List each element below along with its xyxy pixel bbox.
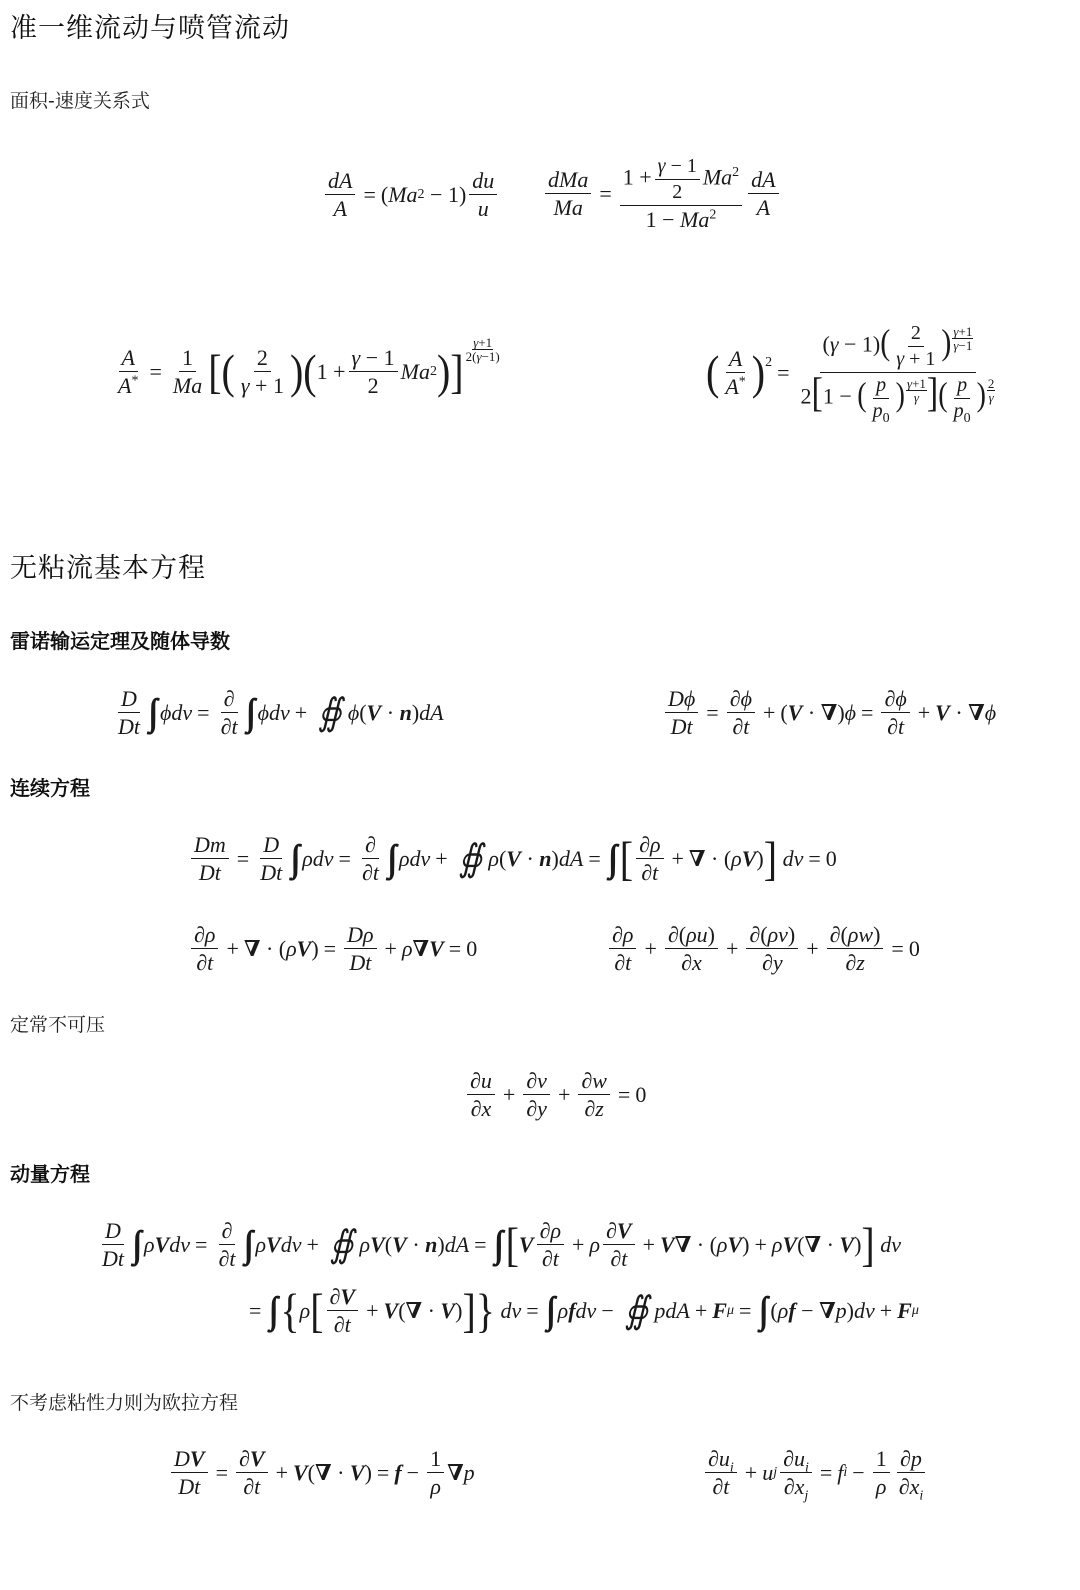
- equation-continuity-cartesian: ∂ρ∂t+ ∂(ρu)∂x+ ∂(ρv)∂y+ ∂(ρw)∂z=0: [606, 922, 920, 976]
- equation-momentum-line1: DDt ∫∫∫ρVdv= ∂∂t ∫∫∫ρVdv+ ∯ρV(V · n)dA= …: [96, 1218, 901, 1272]
- equation-area-ratio-pressure: (AA*)2 = (γ − 1)(2γ + 1)γ+1γ−1 2[1 − (pp…: [706, 322, 1001, 423]
- equation-material-derivative: DϕDt= ∂ϕ∂t+(V · ∇)ϕ= ∂ϕ∂t+V · ∇ϕ: [662, 686, 996, 740]
- subtitle-area-velocity: 面积-速度关系式: [10, 86, 150, 113]
- equation-momentum-line2: = ∫∫∫{ρ[ ∂V∂t+V(∇ · V)]} dv= ∫∫∫ρfdv− ∯p…: [244, 1284, 919, 1338]
- equation-area-ratio-mach: AA* = 1Ma [( 2γ + 1 )(1 + γ − 12Ma2 )] γ…: [112, 345, 501, 399]
- equation-mach-area: dMaMa = 1 +γ − 12Ma21 − Ma2 dAA: [542, 155, 782, 232]
- section-title-inviscid-equations: 无粘流基本方程: [10, 546, 206, 585]
- equation-euler-index: ∂ui∂t+uj ∂ui∂xj=fi− 1ρ ∂p∂xi: [702, 1446, 929, 1500]
- label-steady-incompressible: 定常不可压: [10, 1010, 105, 1037]
- equation-incompressible: ∂u∂x+ ∂v∂y+ ∂w∂z=0: [464, 1068, 646, 1122]
- equation-area-velocity: dAA =(Ma2 − 1) duu: [322, 168, 500, 222]
- heading-reynolds-transport: 雷诺输运定理及随体导数: [10, 625, 230, 654]
- equation-euler-vector: DVDt= ∂V∂t+V(∇ · V)=f− 1ρ∇p: [168, 1446, 475, 1500]
- heading-momentum: 动量方程: [10, 1158, 90, 1187]
- heading-continuity: 连续方程: [10, 772, 90, 801]
- label-euler-equation: 不考虑粘性力则为欧拉方程: [10, 1388, 238, 1415]
- equation-reynolds-transport: DDt ∫∫∫ϕdv= ∂∂t ∫∫∫ϕdv+ ∯ϕ(V · n)dA: [112, 686, 444, 740]
- equation-continuity-integral: DmDt= DDt ∫∫∫ρdv= ∂∂t ∫∫∫ρdv+ ∯ρ(V · n)d…: [188, 832, 837, 886]
- equation-continuity-differential: ∂ρ∂t+∇ · (ρV)= DρDt+ρ∇V=0: [188, 922, 477, 976]
- section-title-quasi-1d-flow: 准一维流动与喷管流动: [10, 6, 290, 45]
